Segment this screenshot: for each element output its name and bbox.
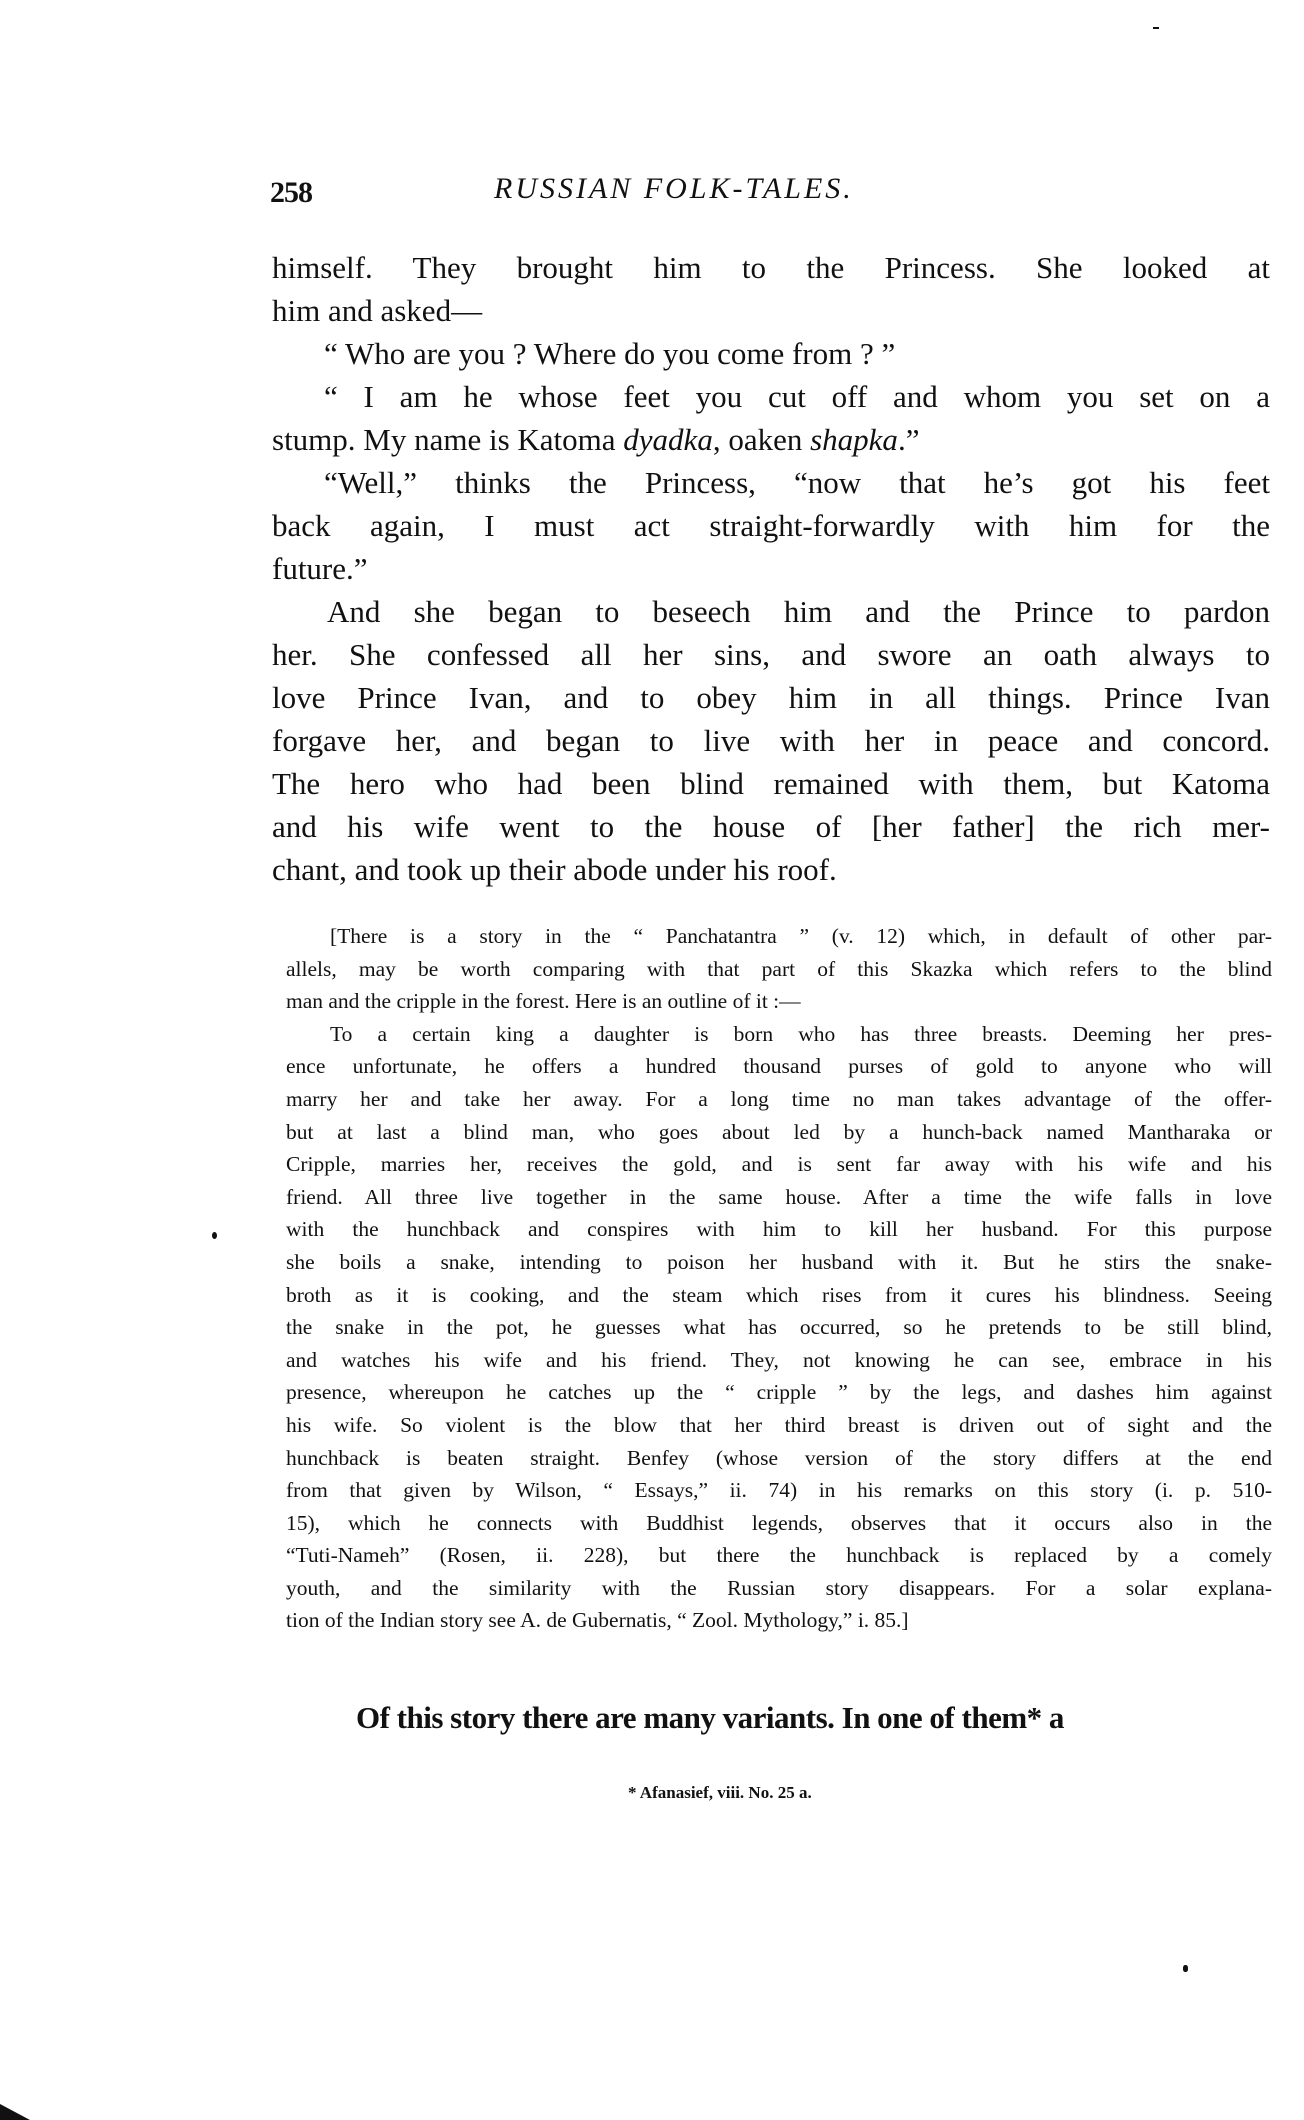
note-line: with the hunchback and conspires with hi…: [286, 1213, 1272, 1246]
note-line: his wife. So violent is the blow that he…: [286, 1409, 1272, 1442]
note-line: presence, whereupon he catches up the “ …: [286, 1376, 1272, 1409]
note-line: 15), which he connects with Buddhist leg…: [286, 1507, 1272, 1540]
note-line: from that given by Wilson, “ Essays,” ii…: [286, 1474, 1272, 1507]
closing-line: Of this story there are many variants. I…: [356, 1700, 1272, 1736]
scan-speck: [1153, 27, 1159, 29]
body-line: forgave her, and began to live with her …: [272, 719, 1270, 762]
note-line: youth, and the similarity with the Russi…: [286, 1572, 1272, 1605]
note-line: hunchback is beaten straight. Benfey (wh…: [286, 1442, 1272, 1475]
body-line: And she began to beseech him and the Pri…: [272, 590, 1270, 633]
note-line: man and the cripple in the forest. Here …: [286, 985, 1272, 1018]
main-text: himself. They brought him to the Princes…: [272, 246, 1270, 891]
note-line: allels, may be worth comparing with that…: [286, 953, 1272, 986]
body-line: back again, I must act straight-forwardl…: [272, 504, 1270, 547]
note-line: friend. All three live together in the s…: [286, 1181, 1272, 1214]
note-line: To a certain king a daughter is born who…: [286, 1018, 1272, 1051]
body-line: love Prince Ivan, and to obey him in all…: [272, 676, 1270, 719]
body-line: chant, and took up their abode under his…: [272, 848, 1270, 891]
body-line: “ I am he whose feet you cut off and who…: [272, 375, 1270, 418]
note-line: [There is a story in the “ Panchatantra …: [286, 920, 1272, 953]
note-line: Cripple, marries her, receives the gold,…: [286, 1148, 1272, 1181]
body-line: himself. They brought him to the Princes…: [272, 246, 1270, 289]
note-line: tion of the Indian story see A. de Guber…: [286, 1604, 1272, 1637]
page-footnote: * Afanasief, viii. No. 25 a.: [628, 1783, 812, 1803]
body-line-italic-terms: stump. My name is Katoma dyadka, oaken s…: [272, 418, 1270, 461]
body-line: The hero who had been blind remained wit…: [272, 762, 1270, 805]
note-line: ence unfortunate, he offers a hundred th…: [286, 1050, 1272, 1083]
body-line: her. She confessed all her sins, and swo…: [272, 633, 1270, 676]
page-number: 258: [270, 176, 312, 210]
scan-speck: [212, 1232, 217, 1239]
body-line: him and asked—: [272, 289, 1270, 332]
body-line: future.”: [272, 547, 1270, 590]
body-line: and his wife went to the house of [her f…: [272, 805, 1270, 848]
note-line: but at last a blind man, who goes about …: [286, 1116, 1272, 1149]
body-line: “ Who are you ? Where do you come from ?…: [272, 332, 1270, 375]
note-line: broth as it is cooking, and the steam wh…: [286, 1279, 1272, 1312]
note-line: and watches his wife and his friend. The…: [286, 1344, 1272, 1377]
note-line: the snake in the pot, he guesses what ha…: [286, 1311, 1272, 1344]
note-line: “Tuti-Nameh” (Rosen, ii. 228), but there…: [286, 1539, 1272, 1572]
note-line: marry her and take her away. For a long …: [286, 1083, 1272, 1116]
scan-corner-shadow: [0, 2104, 30, 2120]
running-head: RUSSIAN FOLK-TALES.: [494, 172, 854, 206]
note-line: she boils a snake, intending to poison h…: [286, 1246, 1272, 1279]
editorial-note: [There is a story in the “ Panchatantra …: [286, 920, 1272, 1637]
scan-speck: [1183, 1965, 1188, 1972]
body-line: “Well,” thinks the Princess, “now that h…: [272, 461, 1270, 504]
